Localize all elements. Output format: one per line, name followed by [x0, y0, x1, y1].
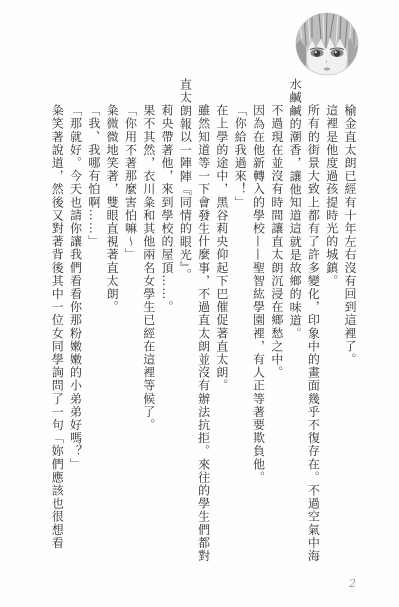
text-line: 莉央帶著他，來到學校的屋頂……。 — [158, 78, 176, 560]
body-text: 榆金直太朗已經有十年左右沒有回到這裡了。 這裡是他度過孩提時光的城鎮。 所有的街… — [48, 78, 359, 560]
text-line: 粂笑著說道，然後又對著背後其中一位女同學詢問了一句「妳們應該也很想看 — [48, 78, 66, 560]
text-line: 粂微微地笑著，雙眼直視著直太朗。 — [103, 78, 121, 560]
paragraph: 在上學的途中，黑谷莉央仰起下巴催促著直太朗。 — [213, 78, 231, 560]
paragraph: 不過現在並沒有時間讓直太朗沉浸在鄉愁之中。 — [268, 78, 286, 560]
text-line: 不過現在並沒有時間讓直太朗沉浸在鄉愁之中。 — [268, 78, 286, 560]
text-line: 水鹹鹹的潮香，讓他知道這就是故鄉的味道。 — [286, 78, 304, 560]
page-number: 2 — [349, 577, 356, 590]
text-line: 「那就好。今天也請你讓我們看看你那粉嫩嫩的小弟弟好嗎？」 — [66, 78, 84, 560]
text-line: 「你給我過來！」 — [231, 78, 249, 560]
text-line: 果不其然，衣川粂和其他兩名女學生已經在這裡等候了。 — [139, 78, 157, 560]
text-line: 「你用不著那麼害怕嘛～」 — [121, 78, 139, 560]
paragraph: 所有的街景大致上都有了許多變化，印象中的畫面幾乎不復存在。不過空氣中海 水鹹鹹的… — [286, 78, 323, 560]
text-line: 因為在他新轉入的學校——聖智紘學園裡，有人正等著要欺負他。 — [249, 78, 267, 560]
dialogue: 「你用不著那麼害怕嘛～」 — [121, 78, 139, 560]
dialogue: 「我、我哪有怕啊……」 — [85, 78, 103, 560]
paragraph: 粂微微地笑著，雙眼直視著直太朗。 — [103, 78, 121, 560]
text-line: 這裡是他度過孩提時光的城鎮。 — [322, 78, 340, 560]
paragraph: 粂笑著說道，然後又對著背後其中一位女同學詢問了一句「妳們應該也很想看 — [48, 78, 66, 560]
paragraph: 果不其然，衣川粂和其他兩名女學生已經在這裡等候了。 — [139, 78, 157, 560]
text-line: 雖然知道等一下會發生什麼事，不過直太朗並沒有辦法抗拒。來往的學生們都對 — [194, 78, 212, 560]
paragraph: 因為在他新轉入的學校——聖智紘學園裡，有人正等著要欺負他。 — [249, 78, 267, 560]
character-portrait-icon — [290, 8, 364, 82]
paragraph: 雖然知道等一下會發生什麼事，不過直太朗並沒有辦法抗拒。來往的學生們都對 直太朗報… — [176, 78, 213, 560]
dialogue: 「你給我過來！」 — [231, 78, 249, 560]
text-line: 在上學的途中，黑谷莉央仰起下巴催促著直太朗。 — [213, 78, 231, 560]
text-line: 「我、我哪有怕啊……」 — [85, 78, 103, 560]
dialogue: 「那就好。今天也請你讓我們看看你那粉嫩嫩的小弟弟好嗎？」 — [66, 78, 84, 560]
paragraph: 莉央帶著他，來到學校的屋頂……。 — [158, 78, 176, 560]
book-page: 榆金直太朗已經有十年左右沒有回到這裡了。 這裡是他度過孩提時光的城鎮。 所有的街… — [0, 0, 399, 607]
text-line: 所有的街景大致上都有了許多變化，印象中的畫面幾乎不復存在。不過空氣中海 — [304, 78, 322, 560]
text-line: 直太朗報以一陣陣『同情的眼光』。 — [176, 78, 194, 560]
paragraph: 這裡是他度過孩提時光的城鎮。 — [322, 78, 340, 560]
text-line: 榆金直太朗已經有十年左右沒有回到這裡了。 — [341, 78, 359, 560]
paragraph: 榆金直太朗已經有十年左右沒有回到這裡了。 — [341, 78, 359, 560]
